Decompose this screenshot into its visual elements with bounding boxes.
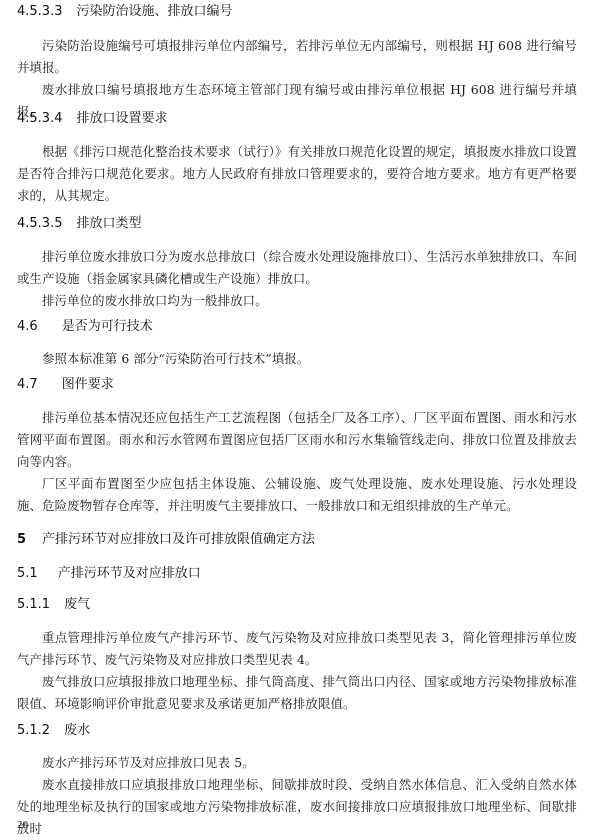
heading-number: 5.1: [17, 566, 38, 582]
heading-title: 产排污环节及对应排放口: [58, 566, 201, 581]
heading-4-5-3-4: 4.5.3.4排放口设置要求: [17, 111, 168, 127]
heading-number: 5.1.1: [17, 597, 50, 613]
heading-number: 4.6: [17, 319, 38, 335]
paragraph: 污染防治设施编号可填报排污单位内部编号，若排污单位无内部编号，则根据 HJ 60…: [17, 35, 577, 79]
heading-number: 4.5.3.4: [17, 111, 62, 127]
heading-5: 5产排污环节对应排放口及许可排放限值确定方法: [17, 532, 315, 548]
heading-number: 4.5.3.5: [17, 216, 62, 232]
heading-4-7: 4.7图件要求: [17, 377, 114, 393]
heading-number: 4.5.3.3: [17, 4, 62, 20]
heading-4-5-3-3: 4.5.3.3污染防治设施、排放口编号: [17, 4, 233, 20]
paragraph: 参照本标准第 6 部分“污染防治可行技术”填报。: [17, 348, 577, 370]
paragraph: 排污单位的废水排放口均为一般排放口。: [17, 290, 577, 312]
paragraph: 排污单位基本情况还应包括生产工艺流程图（包括全厂及各工序）、厂区平面布置图、雨水…: [17, 407, 577, 473]
paragraph: 废气排放口应填报排放口地理坐标、排气筒高度、排气筒出口内径、国家或地方污染物排放…: [17, 671, 577, 715]
paragraph: 厂区平面布置图至少应包括主体设施、公辅设施、废气处理设施、废水处理设施、污水处理…: [17, 473, 577, 517]
paragraph: 废水直接排放口应填报排放口地理坐标、间歇排放时段、受纳自然水体信息、汇入受纳自然…: [17, 774, 577, 840]
paragraph: 重点管理排污单位废气产排污环节、废气污染物及对应排放口类型见表 3，简化管理排污…: [17, 627, 577, 671]
heading-number: 4.7: [17, 377, 38, 393]
heading-4-6: 4.6是否为可行技术: [17, 319, 153, 335]
heading-title: 废气: [64, 597, 90, 612]
heading-title: 图件要求: [62, 377, 114, 392]
heading-number: 5: [17, 532, 26, 548]
heading-title: 产排污环节对应排放口及许可排放限值确定方法: [42, 532, 315, 547]
paragraph: 排污单位废水排放口分为废水总排放口（综合废水处理设施排放口）、生活污水单独排放口…: [17, 246, 577, 290]
page-number: 20: [17, 818, 28, 832]
heading-title: 排放口类型: [76, 216, 141, 231]
paragraph: 根据《排污口规范化整治技术要求（试行）》有关排放口规范化设置的规定，填报废水排放…: [17, 141, 577, 207]
heading-5-1-2: 5.1.2废水: [17, 723, 90, 739]
heading-5-1: 5.1产排污环节及对应排放口: [17, 566, 201, 582]
heading-title: 是否为可行技术: [62, 319, 153, 334]
heading-title: 废水: [64, 723, 90, 738]
heading-number: 5.1.2: [17, 723, 50, 739]
heading-title: 排放口设置要求: [76, 111, 167, 126]
heading-5-1-1: 5.1.1废气: [17, 597, 90, 613]
paragraph: 废水产排污环节及对应排放口见表 5。: [17, 752, 577, 774]
heading-title: 污染防治设施、排放口编号: [76, 4, 232, 19]
heading-4-5-3-5: 4.5.3.5排放口类型: [17, 216, 142, 232]
document-page: 4.5.3.3污染防治设施、排放口编号 污染防治设施编号可填报排污单位内部编号，…: [0, 0, 592, 840]
